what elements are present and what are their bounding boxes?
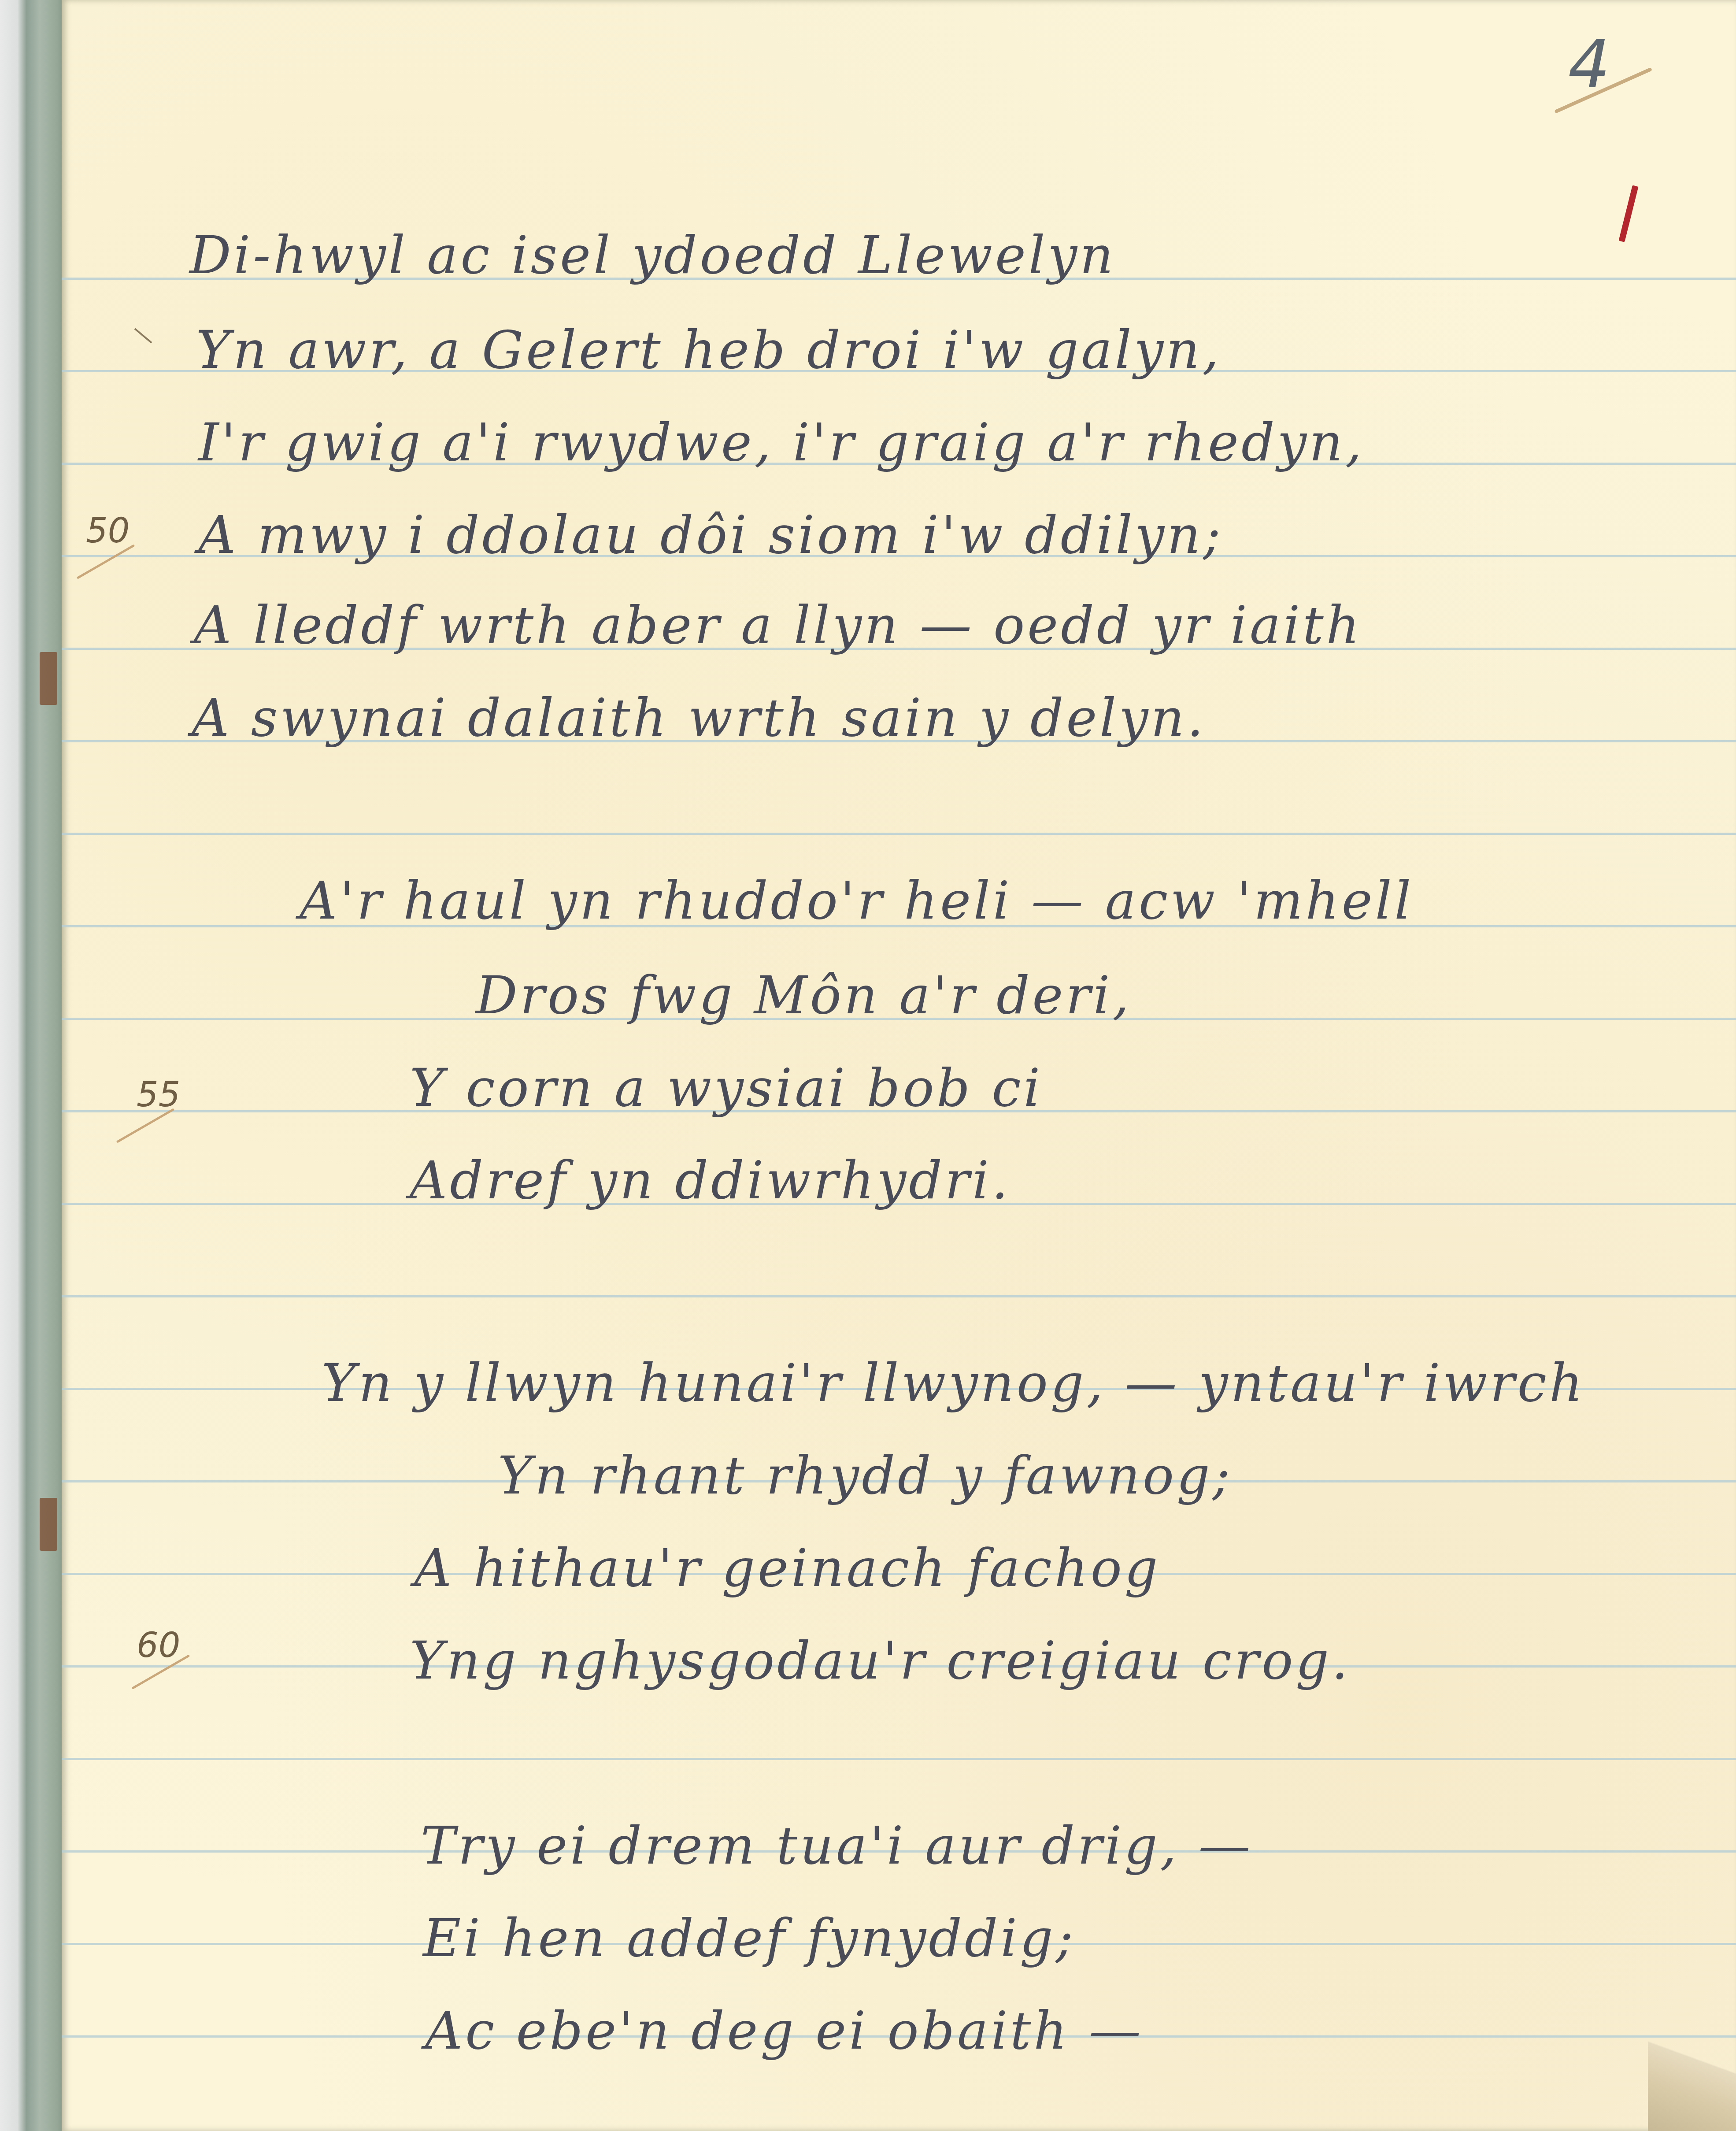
verse-line: Di-hwyl ac isel ydoedd Llewelyn (189, 229, 1116, 281)
verse-line: Try ei drem tua'i aur drig, — (421, 1820, 1253, 1872)
verse-line: Yn awr, a Gelert heb droi i'w galyn, (196, 324, 1221, 376)
verse-line: I'r gwig a'i rwydwe, i'r graig a'r rhedy… (198, 416, 1365, 468)
verse-line: A mwy i ddolau dôi siom i'w ddilyn; (198, 509, 1223, 561)
line-number-50: 50 (86, 511, 130, 551)
verse-line: A hithau'r geinach fachog (414, 1542, 1160, 1594)
verse-line: Ac ebe'n deg ei obaith — (425, 2005, 1144, 2057)
verse-line: A lleddf wrth aber a llyn — oedd yr iait… (194, 599, 1362, 651)
notebook-binding (0, 0, 66, 2131)
line-number-60: 60 (137, 1626, 180, 1665)
verse-line: A'r haul yn rhuddo'r heli — acw 'mhell (300, 875, 1414, 927)
verse-line: Yn rhant rhydd y fawnog; (498, 1449, 1233, 1501)
ruled-line (62, 1758, 1736, 1760)
verse-line: Dros fwg Môn a'r deri, (476, 969, 1132, 1021)
ruled-line (62, 833, 1736, 835)
verse-line: Y corn a wysiai bob ci (410, 1062, 1043, 1114)
verse-line: Ei hen addef fynyddig; (423, 1912, 1076, 1964)
verse-line: A swynai dalaith wrth sain y delyn. (192, 692, 1206, 744)
verse-line: Yn y llwyn hunai'r llwynog, — yntau'r iw… (322, 1357, 1585, 1409)
verse-line: Adref yn ddiwrhydri. (410, 1154, 1011, 1206)
binding-staple (40, 652, 57, 705)
page-corner-curl (1648, 1999, 1736, 2131)
ruled-line (62, 1295, 1736, 1297)
binding-staple (40, 1498, 57, 1551)
verse-line: Yng nghysgodau'r creigiau crog. (410, 1634, 1351, 1686)
